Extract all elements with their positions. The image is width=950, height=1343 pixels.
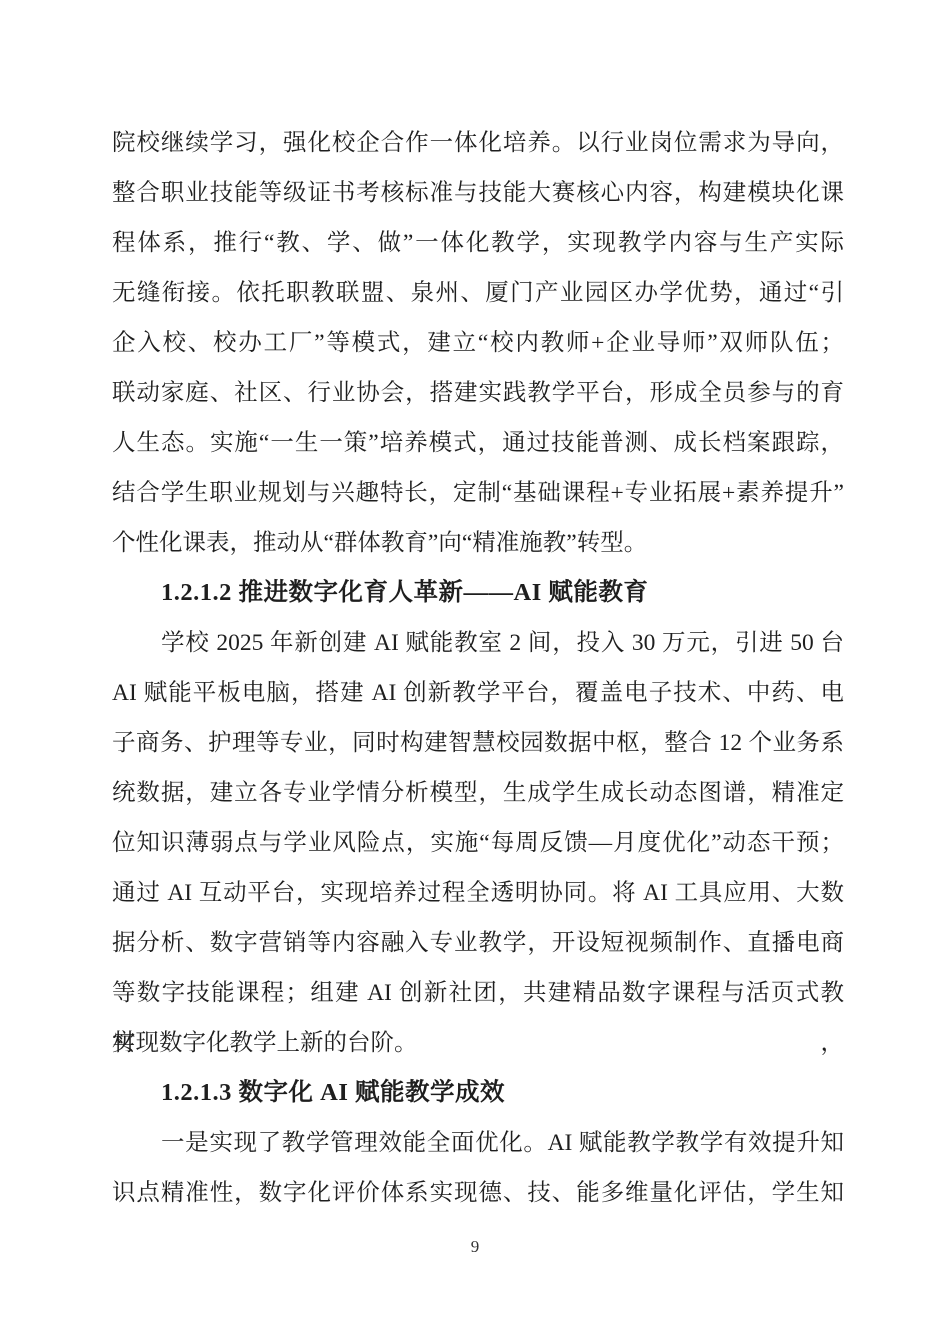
text-line: 统数据，建立各专业学情分析模型，生成学生成长动态图谱，精准定 xyxy=(112,768,844,818)
section-heading: 1.2.1.2 推进数字化育人革新——AI 赋能教育 xyxy=(112,568,844,618)
text-line: 院校继续学习，强化校企合作一体化培养。以行业岗位需求为导向， xyxy=(112,118,844,168)
section-heading: 1.2.1.3 数字化 AI 赋能教学成效 xyxy=(112,1068,844,1118)
text-line: 无缝衔接。依托职教联盟、泉州、厦门产业园区办学优势，通过“引 xyxy=(112,268,844,318)
text-line: 结合学生职业规划与兴趣特长，定制“基础课程+专业拓展+素养提升” xyxy=(112,468,844,518)
text-line: AI 赋能平板电脑，搭建 AI 创新教学平台，覆盖电子技术、中药、电 xyxy=(112,668,844,718)
text-line: 企入校、校办工厂”等模式，建立“校内教师+企业导师”双师队伍； xyxy=(112,318,844,368)
text-line: 联动家庭、社区、行业协会，搭建实践教学平台，形成全员参与的育 xyxy=(112,368,844,418)
text-line: 据分析、数字营销等内容融入专业教学，开设短视频制作、直播电商 xyxy=(112,918,844,968)
text-line: 等数字技能课程；组建 AI 创新社团，共建精品数字课程与活页式教材， xyxy=(112,968,844,1018)
text-line: 位知识薄弱点与学业风险点，实施“每周反馈—月度优化”动态干预； xyxy=(112,818,844,868)
text-line: 学校 2025 年新创建 AI 赋能教室 2 间，投入 30 万元，引进 50 … xyxy=(112,618,844,668)
text-line: 整合职业技能等级证书考核标准与技能大赛核心内容，构建模块化课 xyxy=(112,168,844,218)
text-line: 个性化课表，推动从“群体教育”向“精准施教”转型。 xyxy=(112,518,844,568)
text-line: 程体系，推行“教、学、做”一体化教学，实现教学内容与生产实际 xyxy=(112,218,844,268)
page-number: 9 xyxy=(0,1237,950,1257)
document-body: 院校继续学习，强化校企合作一体化培养。以行业岗位需求为导向，整合职业技能等级证书… xyxy=(112,118,844,1218)
document-page: 院校继续学习，强化校企合作一体化培养。以行业岗位需求为导向，整合职业技能等级证书… xyxy=(0,0,950,1343)
text-line: 人生态。实施“一生一策”培养模式，通过技能普测、成长档案跟踪， xyxy=(112,418,844,468)
text-line: 一是实现了教学管理效能全面优化。AI 赋能教学教学有效提升知 xyxy=(112,1118,844,1168)
text-line: 通过 AI 互动平台，实现培养过程全透明协同。将 AI 工具应用、大数 xyxy=(112,868,844,918)
text-line: 子商务、护理等专业，同时构建智慧校园数据中枢，整合 12 个业务系 xyxy=(112,718,844,768)
text-line: 识点精准性，数字化评价体系实现德、技、能多维量化评估，学生知 xyxy=(112,1168,844,1218)
